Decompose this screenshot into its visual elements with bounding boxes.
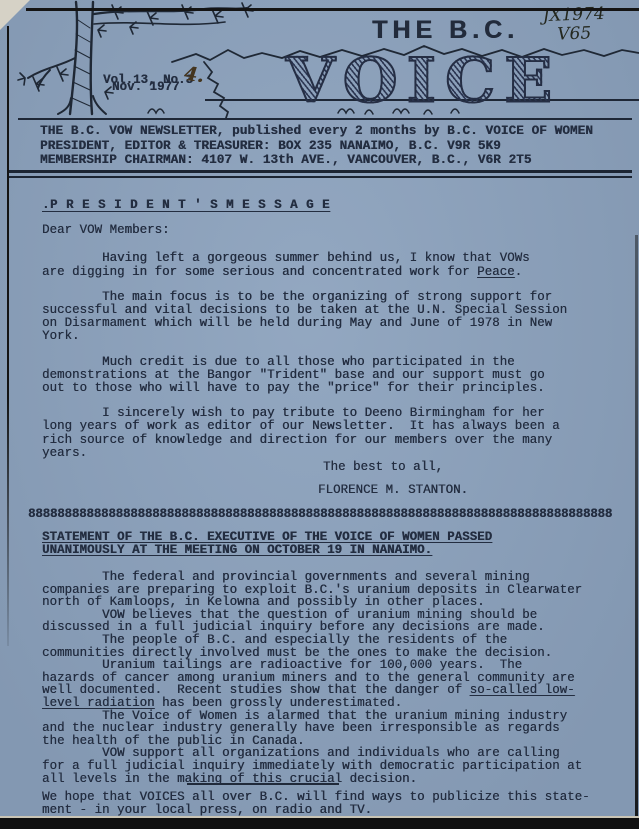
page-corner-fold bbox=[0, 0, 30, 30]
masthead-line2: PRESIDENT, EDITOR & TREASURER: BOX 235 N… bbox=[40, 139, 593, 154]
newsletter-title-stamp: THE B.C. bbox=[372, 16, 519, 45]
statement-heading: STATEMENT OF THE B.C. EXECUTIVE OF THE V… bbox=[42, 531, 628, 557]
paragraph: The federal and provincial governments a… bbox=[42, 571, 628, 609]
text-segment: I sincerely wish to pay tribute to Deeno… bbox=[42, 406, 560, 460]
text-segment: The people of B.C. and especially the re… bbox=[42, 633, 552, 660]
text-segment: VOW believes that the question of uraniu… bbox=[42, 608, 545, 635]
signature-name: FLORENCE M. STANTON. bbox=[318, 484, 628, 497]
text-segment: VOW support all organizations and indivi… bbox=[42, 746, 582, 785]
scan-edge-top bbox=[26, 8, 639, 11]
paragraph: The people of B.C. and especially the re… bbox=[42, 634, 628, 659]
call-number-line2: V65 bbox=[557, 24, 606, 45]
paragraph: VOW support all organizations and indivi… bbox=[42, 747, 628, 785]
paragraph: VOW believes that the question of uraniu… bbox=[42, 609, 628, 634]
masthead-line1: THE B.C. VOW NEWSLETTER, published every… bbox=[40, 124, 593, 139]
presidents-message-heading: .P R E S I D E N T ' S M E S S A G E bbox=[42, 199, 330, 212]
text-segment: The federal and provincial governments a… bbox=[42, 570, 582, 609]
text-segment: Much credit is due to all those who part… bbox=[42, 355, 545, 395]
masthead-double-rule bbox=[8, 170, 632, 179]
paragraph: Much credit is due to all those who part… bbox=[42, 356, 628, 396]
text-segment: . bbox=[515, 265, 523, 279]
typed-divider-row: 8888888888888888888888888888888888888888… bbox=[28, 508, 639, 521]
newsletter-page: THE B.C. JX1974 V65 Vol.13, No.34. Nov. … bbox=[0, 0, 639, 829]
salutation: Dear VOW Members: bbox=[42, 224, 628, 237]
text-segment: The main focus is to be the organizing o… bbox=[42, 290, 567, 344]
text-segment: Peace bbox=[477, 265, 515, 279]
issue-date: Nov. 1977 bbox=[112, 80, 180, 94]
letter-body: .P R E S I D E N T ' S M E S S A G E Dea… bbox=[42, 199, 628, 818]
paragraph: Uranium tailings are radioactive for 100… bbox=[42, 659, 628, 709]
paragraph: I sincerely wish to pay tribute to Deeno… bbox=[42, 407, 628, 460]
statement-body: The federal and provincial governments a… bbox=[42, 571, 628, 785]
volume-handwritten-correction: 4. bbox=[183, 63, 205, 87]
voice-logo: VOICE bbox=[286, 51, 561, 109]
paragraph: Having left a gorgeous summer behind us,… bbox=[42, 252, 628, 278]
scan-edge-right bbox=[635, 235, 638, 829]
statement-heading-line2: UNANIMOUSLY AT THE MEETING ON OCTOBER 19… bbox=[42, 544, 432, 557]
paragraph: The main focus is to be the organizing o… bbox=[42, 291, 628, 344]
logo-rule-lower bbox=[18, 118, 632, 120]
masthead: THE B.C. VOW NEWSLETTER, published every… bbox=[40, 124, 593, 168]
text-segment: Having left a gorgeous summer behind us,… bbox=[42, 251, 530, 278]
scan-edge-left bbox=[7, 26, 9, 646]
paragraph: The Voice of Women is alarmed that the u… bbox=[42, 710, 628, 748]
closing-paragraph: We hope that VOICES all over B.C. will f… bbox=[42, 791, 628, 817]
signoff-line: The best to all, bbox=[323, 461, 628, 474]
statement-heading-line1: STATEMENT OF THE B.C. EXECUTIVE OF THE V… bbox=[42, 531, 492, 544]
scan-edge-bottom bbox=[0, 818, 639, 829]
text-segment: The Voice of Women is alarmed that the u… bbox=[42, 709, 567, 748]
masthead-line3: MEMBERSHIP CHAIRMAN: 4107 W. 13th AVE., … bbox=[40, 153, 593, 168]
